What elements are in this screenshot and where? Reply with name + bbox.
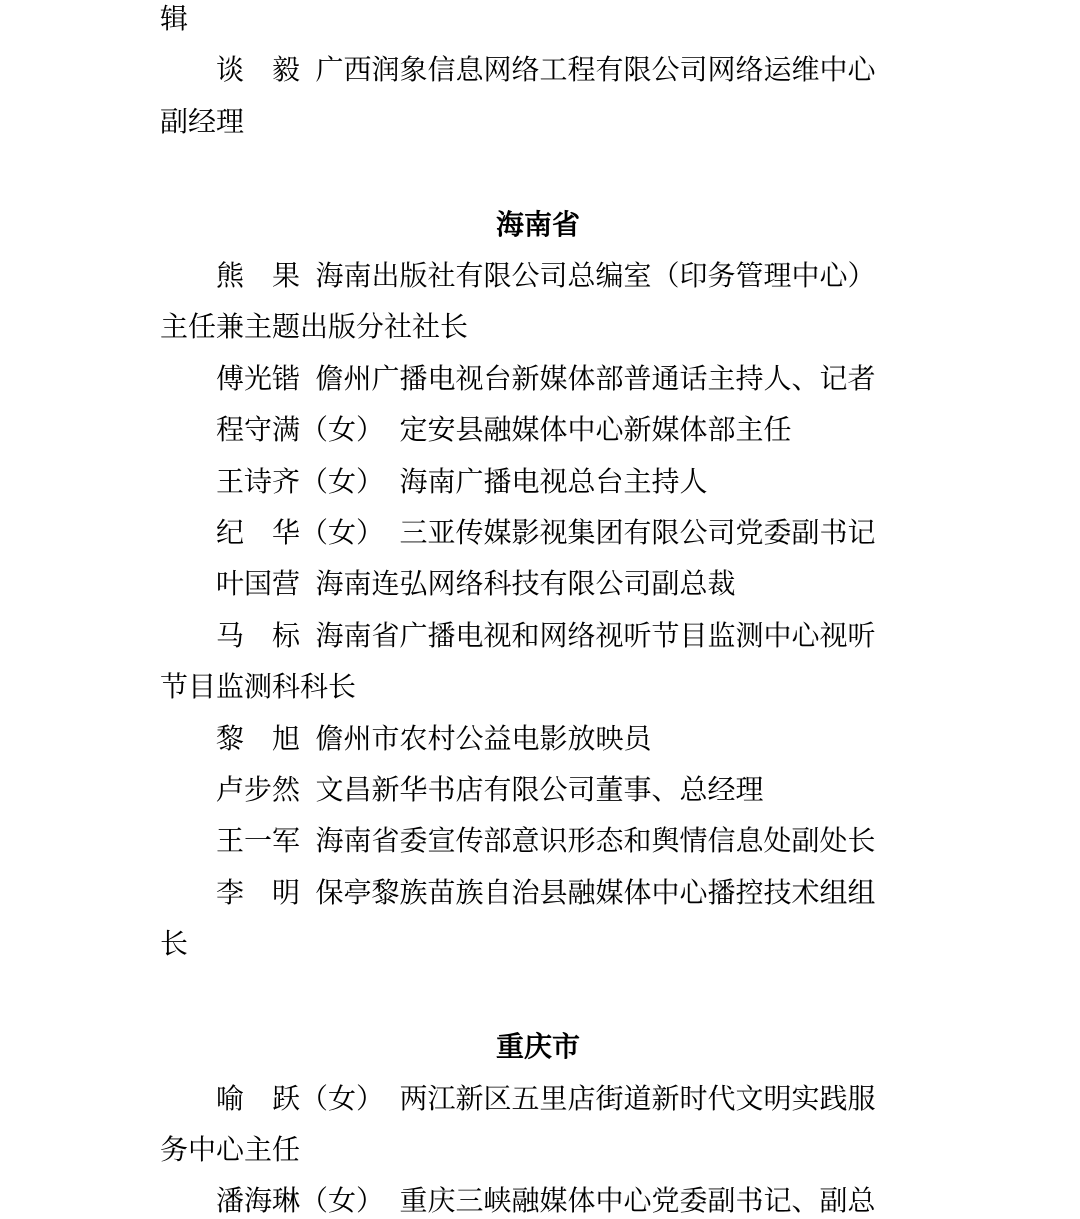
document-page: 辑 谈 毅 广西润象信息网络工程有限公司网络运维中心 副经理 海南省 熊 果 海… <box>0 0 1080 1219</box>
entry-ma-biao: 马 标 海南省广播电视和网络视听节目监测中心视听 节目监测科科长 <box>160 610 916 713</box>
entry-ye-guoying: 叶国营 海南连弘网络科技有限公司副总裁 <box>160 558 916 609</box>
entry-li-ming: 李 明 保亭黎族苗族自治县融媒体中心播控技术组组 长 <box>160 867 916 970</box>
entry-xiong-guo: 熊 果 海南出版社有限公司总编室（印务管理中心） 主任兼主题出版分社社长 <box>160 250 916 353</box>
entry-pan-hailin: 潘海琳（女） 重庆三峡融媒体中心党委副书记、副总 <box>160 1175 916 1219</box>
entry-wang-yijun: 王一军 海南省委宣传部意识形态和舆情信息处副处长 <box>160 815 916 866</box>
entry-fu-guangkai: 傅光锴 儋州广播电视台新媒体部普通话主持人、记者 <box>160 353 916 404</box>
document-content: 辑 谈 毅 广西润象信息网络工程有限公司网络运维中心 副经理 海南省 熊 果 海… <box>0 0 1080 1219</box>
entry-ji-hua: 纪 华（女） 三亚传媒影视集团有限公司党委副书记 <box>160 507 916 558</box>
entry-yu-yue: 喻 跃（女） 两江新区五里店街道新时代文明实践服 务中心主任 <box>160 1073 916 1176</box>
entry-li-xu: 黎 旭 儋州市农村公益电影放映员 <box>160 713 916 764</box>
entry-wang-shiqi: 王诗齐（女） 海南广播电视总台主持人 <box>160 456 916 507</box>
entry-lu-buran: 卢步然 文昌新华书店有限公司董事、总经理 <box>160 764 916 815</box>
carryover-fragment-line: 辑 <box>160 0 916 44</box>
section-header-hainan: 海南省 <box>160 199 916 250</box>
entry-cheng-shouman: 程守满（女） 定安县融媒体中心新媒体部主任 <box>160 404 916 455</box>
section-header-chongqing: 重庆市 <box>160 1021 916 1072</box>
entry-tan-yi: 谈 毅 广西润象信息网络工程有限公司网络运维中心 副经理 <box>160 44 916 147</box>
